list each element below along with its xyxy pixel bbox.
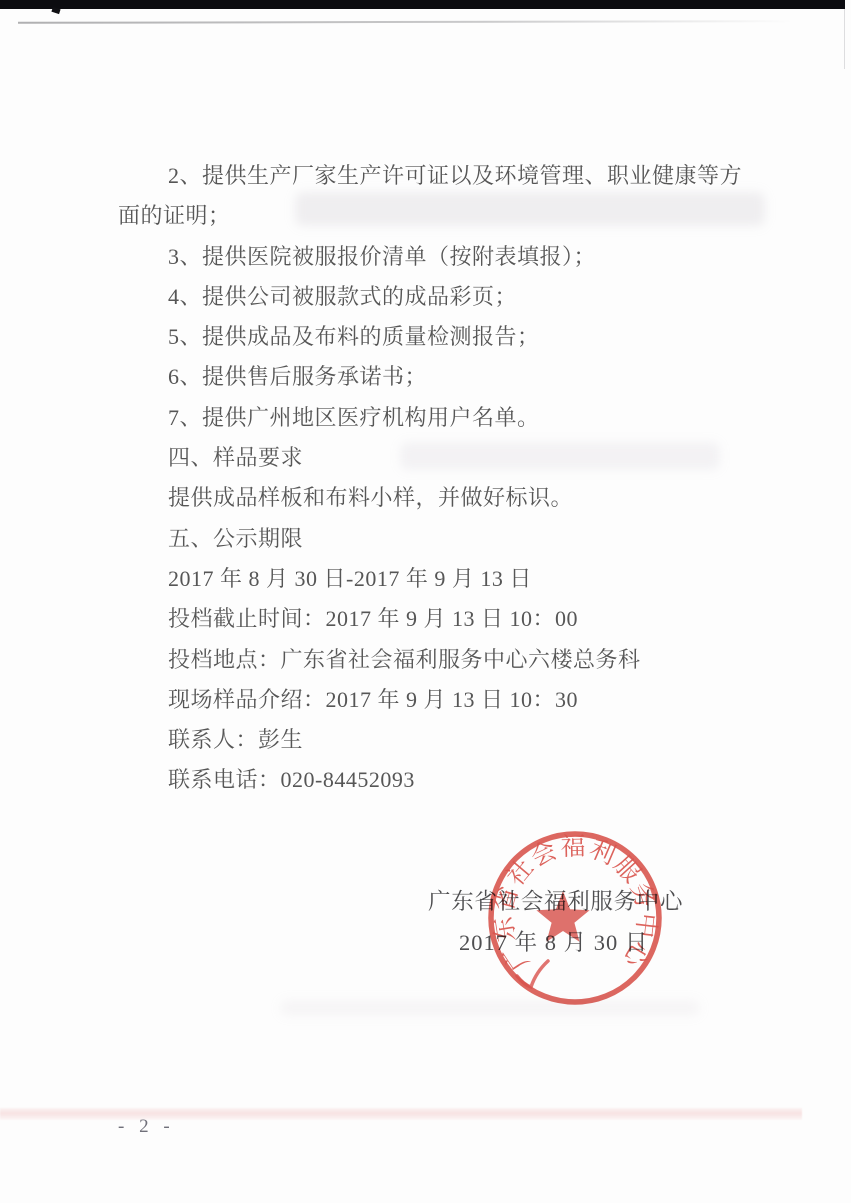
scan-artifact-line — [18, 20, 793, 24]
seal-star-icon — [536, 891, 589, 942]
official-seal: 广东省社会福利服务中心 — [483, 827, 671, 1009]
scan-artifact-right-line — [844, 9, 845, 69]
scanned-document-page: 2、提供生产厂家生产许可证以及环境管理、职业健康等方 面的证明； 3、提供医院被… — [0, 0, 851, 1203]
body-line: 提供成品样板和布料小样，并做好标识。 — [118, 478, 808, 518]
body-line: 投档截止时间：2017 年 9 月 13 日 10：00 — [118, 599, 808, 639]
seal-circular-text-holder: 广东省社会福利服务中心 — [489, 833, 661, 976]
body-line: 联系人：彭生 — [118, 720, 808, 760]
body-line: 6、提供售后服务承诺书； — [118, 357, 808, 397]
page-number: - 2 - — [118, 1116, 175, 1138]
section-heading: 五、公示期限 — [118, 519, 808, 559]
body-line: 现场样品介绍：2017 年 9 月 13 日 10：30 — [118, 680, 808, 720]
body-line: 面的证明； — [118, 196, 808, 236]
body-line: 投档地点：广东省社会福利服务中心六楼总务科 — [118, 640, 808, 680]
body-line: 5、提供成品及布料的质量检测报告； — [118, 317, 808, 357]
body-line: 2、提供生产厂家生产许可证以及环境管理、职业健康等方 — [118, 156, 808, 196]
body-line: 7、提供广州地区医疗机构用户名单。 — [118, 398, 808, 438]
seal-circular-text: 广东省社会福利服务中心 — [489, 833, 661, 976]
body-line: 联系电话：020-84452093 — [118, 760, 808, 800]
scan-edge-notch — [51, 7, 60, 14]
body-line: 3、提供医院被服报价清单（按附表填报）； — [118, 237, 808, 277]
scan-edge-bar — [0, 0, 845, 9]
body-line: 2017 年 8 月 30 日-2017 年 9 月 13 日 — [118, 559, 808, 599]
document-body: 2、提供生产厂家生产许可证以及环境管理、职业健康等方 面的证明； 3、提供医院被… — [118, 156, 808, 801]
section-heading: 四、样品要求 — [118, 438, 808, 478]
body-line: 4、提供公司被服款式的成品彩页； — [118, 277, 808, 317]
